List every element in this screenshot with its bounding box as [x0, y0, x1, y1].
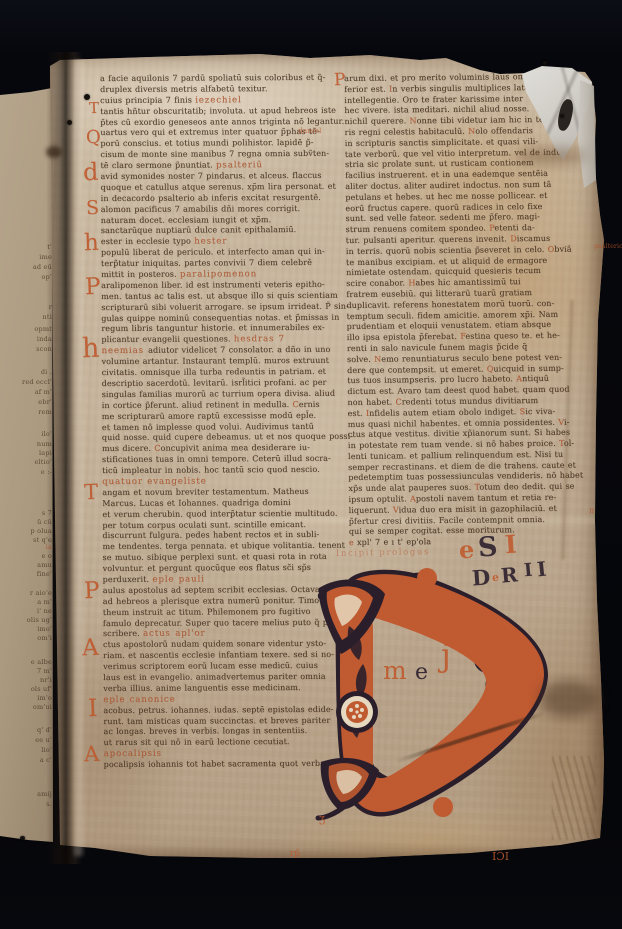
body-text: ctus atque vestitus. divitie xp̃ianorum … [348, 428, 570, 439]
bottom-red-mark: rp̃ [290, 849, 300, 859]
margin-drop-cap: P [85, 277, 101, 298]
facing-page-text-fragment: e albe [2, 658, 52, 666]
body-text: ad hebreos a plerisque extra numerū poni… [103, 596, 322, 606]
facing-page-text-fragment: p olua [2, 527, 52, 535]
body-text: facilius instruerent. et in una eademque… [345, 169, 548, 180]
margin-drop-cap: d [83, 162, 99, 184]
facing-page-text-fragment: i' ne [2, 607, 52, 615]
facing-page-text-fragment: r [2, 303, 52, 311]
body-text: ut rarus sit qui nō in earū lectione cec… [103, 737, 289, 747]
body-text: porū conscius. et totius mundi polihisto… [100, 138, 313, 148]
rubric-text: apocalipsis [104, 749, 162, 759]
body-text: etenti da- [494, 223, 534, 232]
text-column-right: arum dixi. et pro merito voluminis laus … [344, 71, 589, 549]
facing-page-text-fragment: a c' [2, 756, 52, 764]
red-capital: e [349, 538, 357, 547]
red-capital: N [468, 127, 475, 136]
facing-page-text-fragment: rem [2, 408, 52, 416]
body-text: temptum seculi. fidem amicitie. amorem x… [346, 309, 558, 320]
body-text: fratrem eusebiū. qui litterarū tuarū gra… [346, 288, 532, 299]
rubric-text: paralipomenon [180, 269, 257, 279]
body-text: perduxerit. [103, 575, 153, 584]
corner-wrinkles [552, 756, 596, 840]
body-text: intellegentie. Oro te frater karissime i… [344, 94, 523, 105]
body-text: acobus. petrus. iohannes. iudas. septē e… [103, 704, 333, 714]
margin-drop-cap: h [84, 233, 100, 254]
wormhole [67, 120, 72, 125]
body-text: aulus apostolus ad septem scribit eccles… [103, 585, 336, 595]
body-text: petulans et hebes. ut hec me nosse polli… [345, 191, 547, 202]
facing-page-text-fragment: r aio'e [2, 589, 52, 597]
facing-page-text-fragment: ebr' [2, 398, 52, 406]
body-text: ester in ecclesie typo [101, 237, 194, 246]
body-text: scire conabor. [346, 278, 408, 288]
body-text: arum dixi. et pro merito voluminis laus … [344, 72, 551, 83]
facing-page-text-fragment: scon [2, 345, 52, 353]
facing-page-text-fragment: amu [2, 561, 52, 569]
body-text: in terris. quorū nobis scientia p̃severe… [346, 245, 548, 256]
bottom-red-mark: IƆI [492, 850, 509, 863]
margin-drop-cap: A [84, 745, 100, 764]
body-text: pocalipsis iohannis tot habet sacramenta… [104, 759, 328, 769]
body-text: in scripturis sanctis simplicitate. et q… [345, 137, 539, 148]
initial-D-artwork [315, 556, 560, 824]
body-text: angam et novum breviter testamentum. Mat… [102, 487, 309, 497]
margin-drop-cap: T [89, 102, 99, 116]
body-text: in potestate rem tuam vende. si nō habes… [348, 439, 559, 450]
rubric-text: hesdras 7 [234, 334, 285, 344]
rubric-text: quatuor evangeliste [102, 476, 207, 487]
body-text: sunt. sed velle fateor. sedenti me p̃fer… [345, 212, 540, 223]
body-text: nfidelis autem etiam obolo indiget. [369, 407, 520, 418]
body-text: ferior est. [344, 84, 389, 93]
body-text: ris regni celestis habitaculū. [345, 127, 469, 137]
gutter-stain [46, 146, 62, 158]
body-text: prudentiam et eloquii venustatem. etiam … [347, 320, 552, 331]
body-text: sanctarūque nuptiarū dulce canit epithal… [101, 225, 296, 235]
body-text: terp̃tatur iniquitas. partes convivii 7 … [101, 258, 312, 268]
body-text: emo renuntiaturus seculo bene potest ven… [381, 352, 562, 363]
body-text: gulas quippe nominū consequentias notas.… [101, 312, 339, 322]
body-text: ac longas. breves in verbis. longas in s… [103, 726, 307, 736]
text-column-left: a facie aquilonis 7 pardū spoliatū suis … [100, 73, 342, 771]
facing-page-text-fragment: a m' [2, 598, 52, 606]
margin-drop-cap: Q [86, 130, 101, 147]
body-text: xpl' 7 e ı t' [357, 538, 406, 548]
body-text: uicquid in sump- [493, 363, 564, 373]
body-text: scribere. [103, 629, 143, 638]
body-text: adiutor videlicet 7 consolator. a dño in… [148, 345, 330, 355]
body-text: me tendentes. terga pennata. et ubique v… [102, 541, 345, 551]
facing-page-text-fragment: om'i [2, 634, 52, 642]
body-text: eorū fructus capere. quorū radices in ce… [345, 201, 542, 212]
initial-inner-letter: m [383, 660, 407, 683]
body-text: civitatis. omnisque illa turba redeuntis… [102, 367, 326, 377]
body-text: postoli navem tantum et retia re- [416, 493, 556, 503]
body-text: pedetemptim tuas possessiunculas vendide… [348, 471, 583, 482]
margin-drop-cap: h [82, 337, 100, 362]
body-text: aliter doctus. aliter audiret indoctus. … [345, 180, 551, 191]
facing-page-text-fragment: lapi [2, 449, 52, 457]
facing-page-text-fragment: imo' [2, 625, 52, 633]
facing-page-text-fragment: ols uf' [2, 685, 52, 693]
body-text: p̃fertur cresi divitiis. Facile contempn… [349, 515, 545, 526]
body-text: uartus vero qui et extremus inter quatuo… [100, 127, 320, 137]
facing-page-text-fragment: num [2, 440, 52, 448]
margin-drop-cap: S [86, 200, 100, 218]
body-text: tus tuos insumpseris. pro lucro habeto. [347, 375, 516, 386]
rubric-text: neemias [101, 346, 148, 356]
body-text: discurrunt fulgura. pedes habent rectos … [102, 530, 319, 540]
body-text: cuius principia 7 finis [100, 95, 195, 104]
body-text: semper recrastinans. et diem de die trah… [348, 460, 576, 471]
body-text: theum instruit ac titum. Philemonem pro … [103, 607, 311, 617]
margin-drop-cap: P [84, 581, 100, 602]
body-text: nimietate ostendam. quicquid quesieris t… [346, 266, 541, 277]
marginal-note: n [589, 506, 594, 515]
wormhole [84, 94, 90, 100]
marginal-note: daniel [298, 126, 321, 135]
facing-page-text-fragment: ime [2, 253, 52, 261]
body-text: estina queso te. et he- [465, 331, 559, 341]
facing-page-text-fragment: fine' [2, 570, 52, 578]
body-text: regum libris tanguntur historie. et innu… [101, 323, 324, 333]
rubric-text: iezechiel [195, 95, 242, 105]
body-text: naturam docet. ecclesiam iungit et xp̃m. [101, 215, 272, 225]
body-text: aralipomenon liber. id est instrumenti v… [101, 280, 325, 290]
body-text: per totum corpus oculati sunt. scintille… [102, 519, 306, 529]
body-text: n verbis singulis multiplices latent [392, 83, 538, 94]
body-text: bviã [554, 244, 571, 253]
facing-page-text-fragment: s. [2, 800, 52, 808]
dark-smudge [540, 680, 598, 718]
body-text: liquerunt. [349, 505, 393, 514]
body-text: ticū impleatur in nobis. hoc tantū scio … [102, 465, 320, 475]
body-text: ernis [299, 400, 320, 409]
body-text: mus quasi nichil habentes. et omnia poss… [348, 417, 559, 428]
body-text: onne tibi videtur iam hic in ter- [417, 115, 551, 125]
facing-page-text-fragment: op' [2, 273, 52, 281]
wormhole [560, 114, 564, 118]
facing-page-text-fragment: 7 m' [2, 667, 52, 675]
facing-page-text-fragment: s 7 [2, 509, 52, 517]
facing-page-text-fragment: ee u' [2, 736, 52, 744]
display-capital: I [504, 534, 517, 557]
body-text: renti in salo navicule funem magis p̃cid… [347, 342, 528, 353]
facing-page-text-fragment: ia [2, 543, 52, 551]
body-text: ep'ola [406, 537, 431, 546]
facing-page-text-fragment: im'o [2, 694, 52, 702]
body-text: a facie aquilonis 7 pardū spoliatū suis … [100, 73, 325, 83]
body-text: ic viva- [525, 407, 555, 416]
body-text: populū liberat de periculo. et interfect… [101, 247, 325, 257]
manuscript-text-line: pocalipsis iohannis tot habet sacramenta… [104, 759, 342, 771]
body-text: ctus apostolorū nudam quidem sonare vide… [103, 639, 326, 649]
body-text: se mutuo. sibique perplexi sunt. et quas… [103, 552, 327, 562]
body-text: illo ipsa epistola p̃ferebat. [347, 332, 461, 342]
body-text: solve. [347, 354, 374, 363]
facing-page-text-fragment: inda [2, 335, 52, 343]
body-text: riam. et nascentis ecclesie infantiam te… [103, 650, 334, 660]
rubric-text: eple pauli [152, 574, 204, 584]
body-text: quid nosse. quid cupere debeamus. ut et … [102, 432, 353, 442]
facing-page-text-fragment: opmt [2, 325, 52, 333]
wormhole [543, 61, 547, 65]
body-text: quoque et catullus atque serenus. xp̃m l… [101, 182, 336, 192]
body-text: est. [348, 408, 366, 417]
facing-page-text-fragment: nti [2, 313, 52, 321]
body-text: singulas familias murorū ac turrium oper… [102, 389, 335, 399]
body-text: mus dicere. [102, 444, 154, 453]
bottom-red-mark: ʒ [319, 812, 325, 825]
body-text: iscamus [517, 234, 551, 243]
body-text: non habet. [347, 397, 395, 407]
rubric-text: psalteriū [216, 160, 263, 170]
body-text: strum renuens comitem spondeo. [346, 224, 490, 235]
facing-page-text-fragment: q' d' [2, 726, 52, 734]
body-text: men. tantus ac talis est. ut absque illo… [101, 291, 338, 301]
facing-page-text-fragment: amij [2, 790, 52, 798]
patch-shadow [515, 148, 587, 164]
manuscript-photo: t'imead eūop'rntiopmtindascondi .red ecc… [0, 0, 622, 929]
body-text: otum deo dedit. qui se [479, 482, 574, 492]
marginal-note: psalterio [594, 242, 622, 250]
margin-drop-cap: P [334, 73, 346, 89]
facing-page-text-fragment: red eccl' [2, 378, 52, 386]
body-text: scripturarū sibi voluerit arrogare. se i… [101, 301, 349, 311]
wormhole [20, 836, 25, 840]
body-text: druplex diversis metris alfabetū texitur… [100, 84, 267, 94]
body-text: in cortice p̃ferunt. aliud retinent in m… [102, 400, 293, 410]
facing-page-text-fragment: ilo' [2, 430, 52, 438]
facing-page-text-fragment: ū cū [2, 518, 52, 526]
body-text: hec vivere. ista meditari. nichil aliud … [344, 104, 529, 115]
body-text: laus est in evangelio. animadvertemus pa… [103, 672, 325, 682]
body-text: nichil querere. [344, 117, 409, 127]
body-text: verimus scriptorem eorū lucam esse medic… [103, 661, 318, 671]
facing-page-text-fragment: af m' [2, 388, 52, 396]
margin-drop-cap: T [84, 483, 99, 502]
illuminated-initial-D [315, 556, 560, 824]
body-text: olo offendaris [475, 126, 533, 136]
body-text: cisum de monte sine manibus 7 regna omni… [100, 149, 329, 159]
body-text: descriptio sacerdotū. levitarū. isrl̃iti… [102, 378, 327, 388]
initial-inner-letter: j [441, 641, 451, 670]
body-text: alomon pacificus 7 amabilis dñi mores co… [101, 204, 300, 214]
facing-page-text-fragment: di . [2, 368, 52, 376]
margin-drop-cap: A [82, 638, 99, 659]
facing-page-text-fragment: om'ui [2, 703, 52, 711]
body-text: lenti tunicam. et pallium relinquendum e… [348, 450, 563, 461]
body-text: stria sic prolate sunt. ut rusticam cont… [345, 158, 534, 169]
body-text: dere que contempsit. ut emeret. [347, 364, 487, 374]
body-text: tantis hñtur obscuritatib; involuta. ut … [100, 105, 336, 115]
initial-inner-letter: e [415, 663, 428, 683]
body-text: tē claro sermone p̃nuntiat. [100, 161, 216, 171]
body-text: duplicavit. referens honestatem morū tuo… [346, 299, 554, 310]
body-text: abes hic amantissimū tui [415, 277, 520, 287]
body-text: mittit in posteros. [101, 270, 180, 279]
facing-page-text-fragment: ad eū [2, 263, 52, 271]
body-text: volumine artantur. Instaurant templū. mu… [101, 356, 328, 366]
rubric-text: eple canonice [103, 694, 175, 704]
body-text: plicantur evangelii questiones. [101, 335, 233, 345]
body-text: verba illius. anime languentis esse medi… [103, 683, 300, 693]
body-text: ipsum optulit. [348, 494, 410, 504]
body-text: volvuntur. et pergunt quocūque eos flatu… [103, 563, 311, 573]
body-text: me scripturarū amore raptū excessisse mo… [102, 410, 316, 420]
facing-page-text-fragment: e o [2, 552, 52, 560]
rubric-text: actus apl'or [143, 629, 206, 639]
rubric-text: hester [194, 237, 227, 247]
body-text: redenti totus mundus divitiarum [402, 396, 539, 406]
margin-drop-cap: I [88, 698, 98, 720]
body-text: idua duo era misit in gazophilaciū. et [399, 504, 557, 515]
body-text: famulo deprecatur. Super quo tacere meli… [103, 617, 348, 627]
body-text: Marcus. Lucas et Iohannes. quadriga domi… [102, 498, 291, 508]
body-text: dictum est. Avaro tam deest quod habet. … [347, 385, 569, 396]
facing-page-text-fragment: nr'i [2, 676, 52, 684]
facing-page-text-fragment: lio' [2, 746, 52, 754]
body-text: oncupivit anima mea desiderare iu- [161, 443, 310, 453]
body-text: et tamen nō implesse quod volui. Audivim… [102, 421, 314, 431]
facing-page-text-fragment: eltio' [2, 458, 52, 466]
body-text: xp̃s unde alat pauperes suos. [348, 483, 474, 493]
body-text: stificationes tuas in omni tempore. Cete… [102, 454, 331, 464]
body-text: ntiquū [522, 374, 549, 383]
facing-page-text-fragment: t' [2, 243, 52, 251]
facing-page-text-fragment: e :- [2, 468, 52, 476]
body-text: tur. pulsanti aperitur. querens invenit. [346, 234, 511, 245]
body-text: in decacordo psalterio ab inferis excita… [101, 193, 321, 203]
gutter-highlight [74, 60, 83, 856]
body-text: runt. tam misticas quam succinctas. et b… [103, 715, 330, 725]
body-text: te manibus excipiam. et ut aliquid de er… [346, 255, 547, 266]
facing-page-text-fragment: olis ug' [2, 616, 52, 624]
body-text: et verum cherubin. quod interp̃tatur sci… [102, 508, 337, 518]
body-text: avid symonides noster 7 pindarus. et alc… [101, 171, 322, 181]
